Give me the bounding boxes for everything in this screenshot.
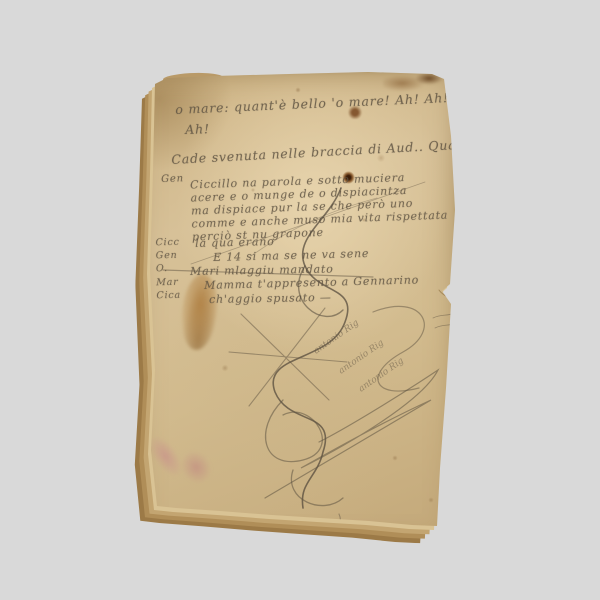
- scribble-zigzag-star: [229, 308, 347, 406]
- scribble-dark-tangle: [273, 188, 348, 508]
- paper-tear-crease: [439, 290, 455, 300]
- manuscript-page: o mare: quant'è bello 'o mare! Ah! Ah! A…: [133, 70, 458, 550]
- scribble-arc: [251, 198, 377, 256]
- signature-text: antonio Rig: [312, 318, 361, 356]
- manuscript-stack: o mare: quant'è bello 'o mare! Ah! Ah! A…: [133, 70, 458, 550]
- photo-scene: o mare: quant'è bello 'o mare! Ah! Ah! A…: [0, 0, 600, 600]
- scribble-strikethrough: [163, 270, 373, 277]
- signature-text: antonio Rig: [357, 356, 406, 394]
- pencil-scribbles: antonio Rig antonio Rig antonio Rig: [133, 70, 458, 550]
- scribble-edge-marks: [433, 314, 452, 328]
